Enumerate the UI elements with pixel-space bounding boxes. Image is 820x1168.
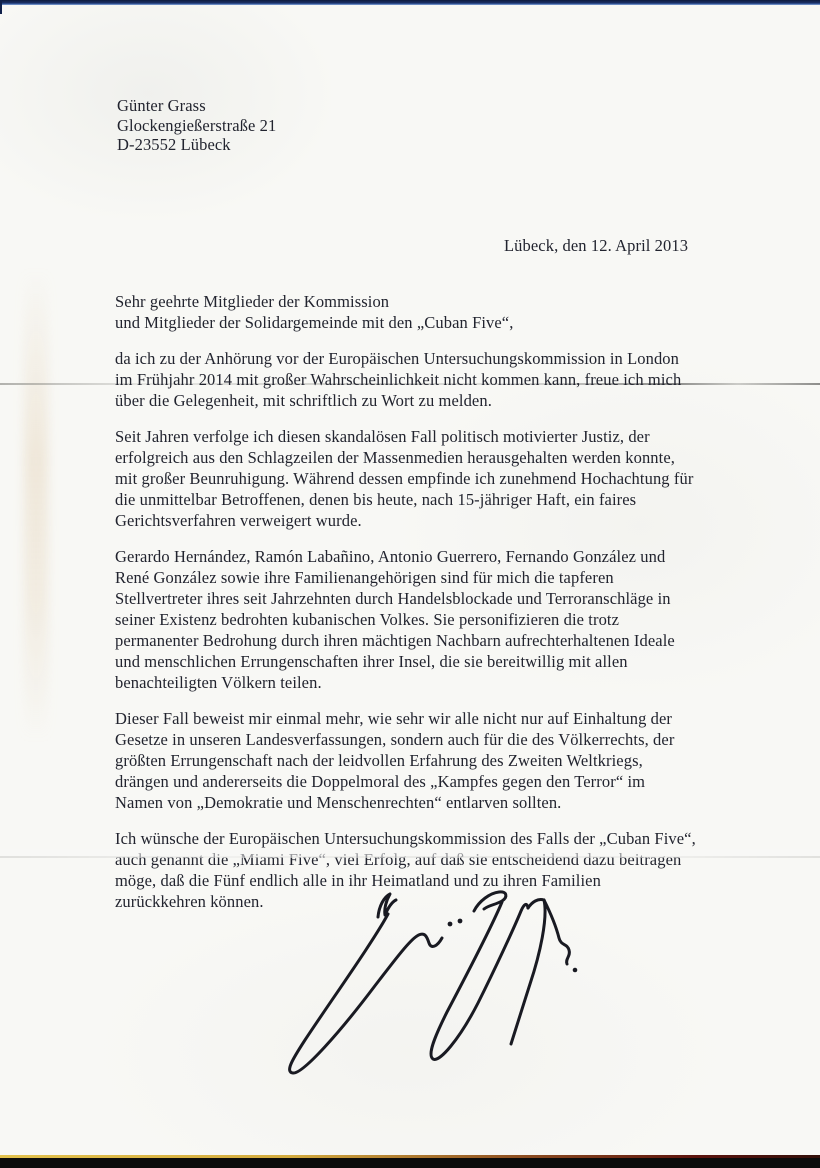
scanned-letter-page: { "letter": { "sender_address_lines": [ … <box>0 0 820 1168</box>
paragraph-2: Seit Jahren verfolge ich diesen skandalö… <box>115 426 763 531</box>
paper-discoloration <box>24 270 48 740</box>
paragraph-4: Dieser Fall beweist mir einmal mehr, wie… <box>115 708 763 813</box>
letter-body: Sehr geehrte Mitglieder der Kommission u… <box>115 291 763 927</box>
signature-drawing <box>278 884 618 1084</box>
date-line: Lübeck, den 12. April 2013 <box>504 236 688 256</box>
salutation: Sehr geehrte Mitglieder der Kommission u… <box>115 291 763 333</box>
sender-address: Günter Grass Glockengießerstraße 21 D-23… <box>117 96 276 155</box>
scan-edge-bottom <box>0 1158 820 1168</box>
scan-edge-left <box>0 0 2 14</box>
scan-edge-top <box>0 0 820 5</box>
handwritten-signature <box>278 884 618 1084</box>
paragraph-3: Gerardo Hernández, Ramón Labañino, Anton… <box>115 546 763 693</box>
paragraph-1: da ich zu der Anhörung vor der Europäisc… <box>115 348 763 411</box>
